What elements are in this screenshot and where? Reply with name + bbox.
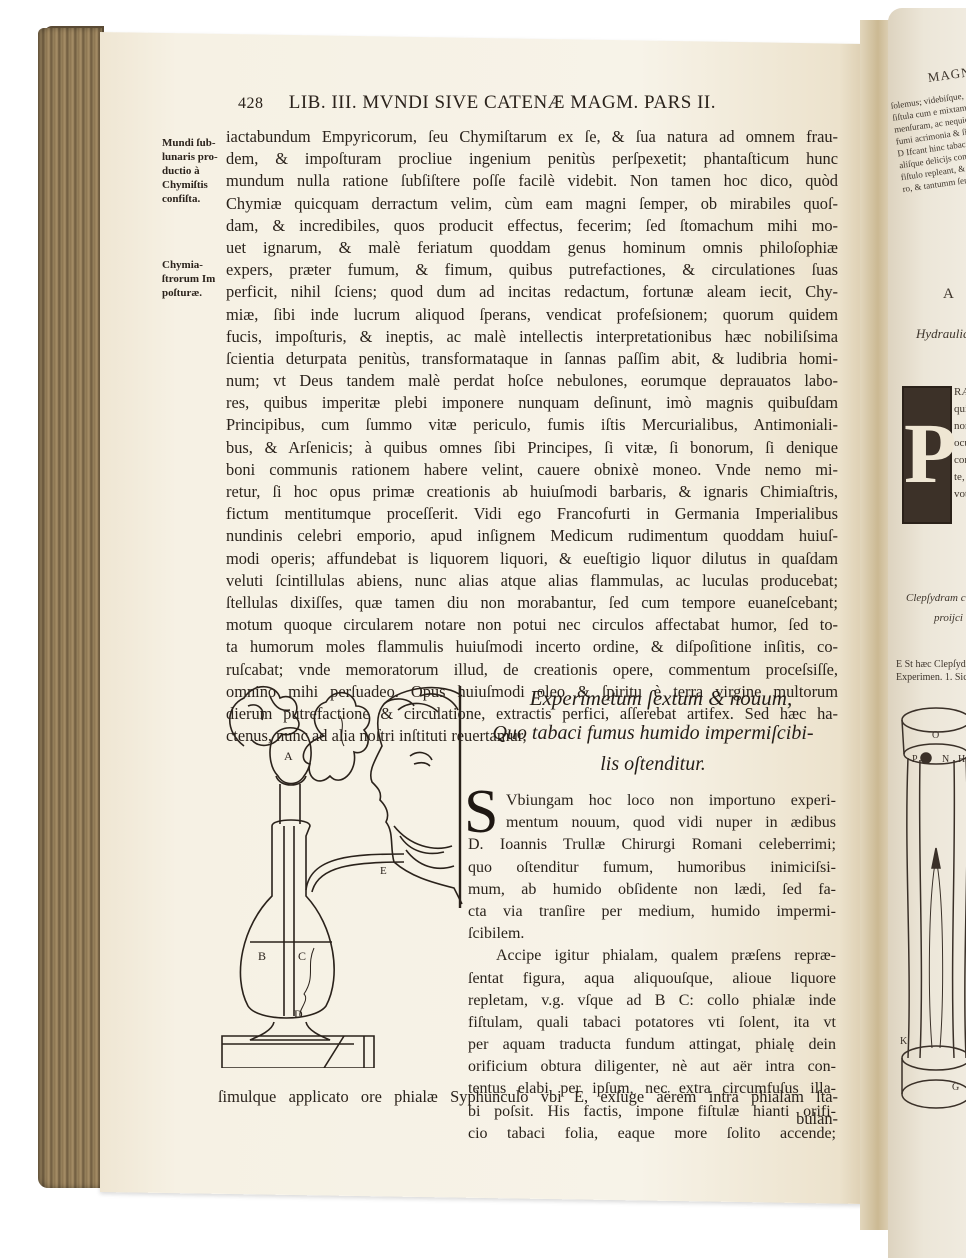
ornamental-drop-cap: P [902, 386, 952, 524]
page-number: 428 [238, 95, 264, 112]
text-line: expers, præter fumum, & fimum, quibus pu… [226, 259, 838, 281]
clepsydra-figure: O P N H B K G D [898, 698, 966, 1118]
experiment-subtitle: Quo tabaci fumus humido impermiſcibi- li… [470, 718, 836, 780]
right-top-text: ſolemus; videbiſque, & recu ſiſtula cum … [890, 84, 966, 196]
margin-note-line: ſtrorum Im [162, 272, 224, 286]
text-line: D. Ioannis Trullæ Chirurgi Romani celebe… [468, 834, 836, 856]
right-cap-text: RÆTER quibus expl nonnulla in oculorumq … [954, 384, 966, 503]
text-line: nonnulla in [954, 418, 966, 435]
text-line: miæ, ſibi inde lucrum aliquod ſperans, v… [226, 304, 838, 326]
svg-text:E: E [380, 865, 387, 877]
margin-note-line: Mundi ſub- [162, 136, 224, 150]
text-line: fiſtulam, quali tabaci potatores vti ſol… [468, 1012, 836, 1034]
text-line: ſimulque applicato ore phialæ Syphunculo… [218, 1086, 838, 1108]
text-line: bus, & Arſenicis; à quibus omnes ſibi Pr… [226, 437, 838, 459]
text-line: veluti ſcintillulas abiens, nunc alias a… [226, 570, 838, 592]
svg-text:P: P [912, 754, 918, 765]
text-line: dem, & impoſturam procliue ingenium peni… [226, 148, 838, 170]
text-line: iactabundum Empyricorum, ſeu Chymiſtarum… [226, 126, 838, 148]
text-line: te, explica [954, 469, 966, 486]
right-page: MAGNETI ſolemus; videbiſque, & recu ſiſt… [888, 8, 966, 1258]
text-line: mum, ab humido obſidente non lædi, ſed f… [468, 879, 836, 901]
right-section-letter: A [943, 286, 954, 303]
margin-note-2: Chymia- ſtrorum Im poſturæ. [162, 258, 224, 300]
experiment-subtitle-line: lis oſtenditur. [470, 749, 836, 780]
experiment-title: Experimetum ſextum & nouum, [486, 680, 836, 716]
drop-cap-lines: Vbiungam hoc loco non importuno experi- … [468, 790, 836, 834]
text-line: uet ignarum, & malè feriatum quoddam gen… [226, 237, 838, 259]
experiment-subtitle-line: Quo tabaci fumus humido impermiſcibi- [470, 718, 836, 749]
svg-text:C: C [298, 949, 306, 963]
text-line: res, quibus imperitæ plebi imponere nunq… [226, 392, 838, 414]
text-line: ſentat figura, aqua aliquouſque, alioue … [468, 968, 836, 990]
text-line: ſcientia deturpata penitùs, transformata… [226, 348, 838, 370]
book-fore-edge [38, 28, 102, 1188]
text-line: mundum nulla ratione ſubſiſtere poſſe fa… [226, 170, 838, 192]
svg-text:K: K [900, 1036, 908, 1047]
text-line: votis. A [954, 486, 966, 503]
running-head: 428 LIB. III. MVNDI SIVE CATENÆ MAGM. PA… [238, 92, 838, 114]
margin-note-line: lunaris pro- [162, 150, 224, 164]
text-line: Chymiæ quicquam derractum velim, cùm eam… [226, 193, 838, 215]
text-line: fucis, impoſturis, & ineptis, ac malè in… [226, 326, 838, 348]
text-line: per aquam traducta fundum attingat, phia… [468, 1034, 836, 1056]
right-subhead-lines: Clepſydram conſtruer proijci [906, 588, 966, 628]
margin-note-line: Chymiſtis [162, 178, 224, 192]
margin-note-line: confiſta. [162, 192, 224, 206]
text-line: Experimen. 1. Sic autem [896, 671, 966, 684]
bottom-text: ſimulque applicato ore phialæ Syphunculo… [218, 1086, 838, 1130]
text-line: Principibus, cum ſummo vitæ periculo, fu… [226, 414, 838, 436]
text-line: nundinis celebri emporio, apud inſignem … [226, 525, 838, 547]
text-line: boni communis rationem habere velint, ca… [226, 459, 838, 481]
right-e-lines: E St hæc Clepſydra multò ſu Experimen. 1… [896, 658, 966, 684]
svg-text:G: G [952, 1082, 959, 1093]
text-line: proijci [906, 608, 966, 628]
margin-note-line: poſturæ. [162, 286, 224, 300]
catchword: bulan- [218, 1108, 838, 1130]
text-line: ta humorum moles flammulis huiuſmodi inc… [226, 636, 838, 658]
text-line: cta via tranſire per medium, humido impe… [468, 901, 836, 923]
text-line: perficit, nihil ſciens; quod dum ad inci… [226, 281, 838, 303]
text-line: Clepſydram conſtruer [906, 588, 966, 608]
text-line: quibus expl [954, 401, 966, 418]
body-text: iactabundum Empyricorum, ſeu Chymiſtarum… [226, 126, 838, 747]
margin-note-line: Chymia- [162, 258, 224, 272]
woodcut-tobacco-smoke-figure: A B C D E [214, 676, 464, 1068]
running-head-title: LIB. III. MVNDI SIVE CATENÆ MAGM. PARS I… [289, 92, 716, 113]
text-line: num; vt Deus tandem malè perdat hoſce ne… [226, 370, 838, 392]
text-line: modi operis; affundebat is liquorem liqu… [226, 548, 838, 570]
right-section-title: Hydraulic [916, 326, 966, 342]
svg-text:H: H [958, 754, 965, 765]
text-line: mentum nouum, quod vidi nuper in ædibus [468, 812, 836, 834]
svg-text:A: A [284, 749, 293, 763]
text-line: quo oſtenditur fumum, humoribus inimiciſ… [468, 857, 836, 879]
text-line: motum quoque circularem notare non potui… [226, 614, 838, 636]
text-line: ſtellulas dixiſſes, quæ tamen diu non mo… [226, 592, 838, 614]
text-line: Vbiungam hoc loco non importuno experi- [468, 790, 836, 812]
text-line: RÆTER [954, 384, 966, 401]
text-line: fictum mentitumque proceſſerit. Vidi ego… [226, 503, 838, 525]
right-running-head: MAGNETI [927, 61, 966, 86]
text-line: oculorumq [954, 435, 966, 452]
text-line: orificium obtura diligenter, nè aut aër … [468, 1056, 836, 1078]
margin-note-1: Mundi ſub- lunaris pro- ductio à Chymiſt… [162, 136, 224, 206]
text-line: repletam, v.g. vſque ad B C: collo phial… [468, 990, 836, 1012]
text-line: E St hæc Clepſydra multò ſu [896, 658, 966, 671]
svg-text:O: O [932, 730, 939, 741]
text-line: Accipe igitur phialam, qualem præſens re… [468, 945, 836, 967]
text-line: dam, & incredibiles, quos producit effec… [226, 215, 838, 237]
text-line: conſtructa [954, 452, 966, 469]
margin-note-line: ductio à [162, 164, 224, 178]
text-line: ſcibilem. [468, 923, 836, 945]
text-line: retur, ſi hoc opus primæ creationis ab h… [226, 481, 838, 503]
svg-text:N: N [942, 754, 949, 765]
svg-text:B: B [258, 949, 266, 963]
